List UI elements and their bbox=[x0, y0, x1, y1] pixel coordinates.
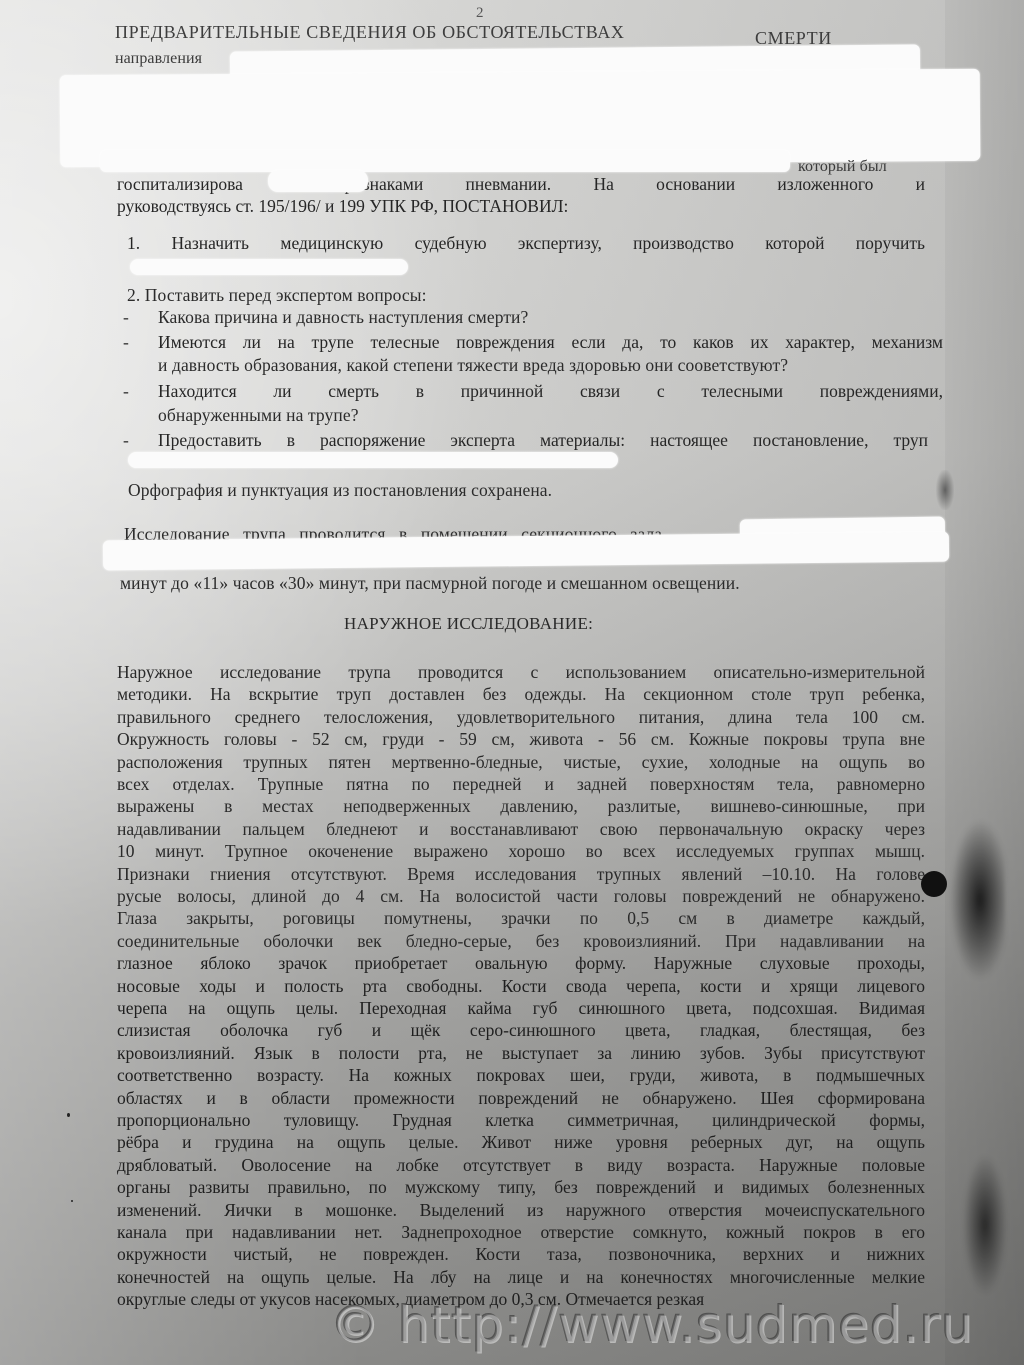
question-3-cont: обнаруженными на трупе? bbox=[158, 405, 359, 426]
direction-label: направления bbox=[115, 48, 202, 69]
exam-text-line: соответственно возрасту. На кожных покро… bbox=[117, 1065, 925, 1086]
question-2-cont: и давность образования, какой степени тя… bbox=[158, 355, 788, 376]
exam-text-line: кровоизлияний. Язык в полости рта, не вы… bbox=[117, 1043, 925, 1064]
exam-text-line: 10 минут. Трупное окоченение выражено хо… bbox=[117, 841, 925, 862]
exam-text-line: Наружное исследование трупа проводится с… bbox=[117, 662, 925, 683]
ink-smear bbox=[960, 1150, 1010, 1300]
exam-text-line: органы развиты правильно, по мужскому ти… bbox=[117, 1177, 925, 1198]
ink-speck bbox=[67, 1113, 70, 1117]
exam-text-line: канала при надавливании нет. Заднепроход… bbox=[117, 1222, 925, 1243]
examination-time: минут до «11» часов «30» минут, при пасм… bbox=[120, 573, 740, 594]
resolution-line: госпитализирова с признаками пневмании. … bbox=[117, 174, 925, 195]
exam-text-line: Признаки гниения отсутствуют. Время иссл… bbox=[117, 864, 925, 885]
resolution-line: руководствуясь ст. 195/196/ и 199 УПК РФ… bbox=[117, 196, 925, 217]
exam-text-line: рёбра и грудина на ощупь целые. Живот ни… bbox=[117, 1132, 925, 1153]
exam-text-line: методики. На вскрытие труп доставлен без… bbox=[117, 684, 925, 705]
exam-text-line: изменений. Яички в мошонке. Выделений из… bbox=[117, 1200, 925, 1221]
resolution-item-2: 2. Поставить перед экспертом вопросы: bbox=[127, 285, 427, 306]
exam-text-line: черепа на ощупь целы. Переходная кайма г… bbox=[117, 998, 925, 1019]
exam-text-line: дрябловатый. Оволосение на лобке отсутст… bbox=[117, 1155, 925, 1176]
question-3: Находится ли смерть в причинной связи с … bbox=[158, 381, 943, 402]
bullet-dash: - bbox=[123, 430, 129, 451]
exam-text-line: окружности чистый, не поврежден. Кости т… bbox=[117, 1244, 925, 1265]
exam-text-line: всех отделах. Трупные пятна по передней … bbox=[117, 774, 925, 795]
exam-text-line: конечностей на ощупь целые. На лбу на ли… bbox=[117, 1267, 925, 1288]
header-title: ПРЕДВАРИТЕЛЬНЫЕ СВЕДЕНИЯ ОБ ОБСТОЯТЕЛЬСТ… bbox=[115, 22, 624, 43]
clip-mark bbox=[936, 470, 954, 510]
redaction-block bbox=[130, 259, 408, 275]
exam-text-line: надавливании пальцем бледнеют и восстана… bbox=[117, 819, 925, 840]
bullet-dash: - bbox=[123, 307, 129, 328]
resolution-item-1: 1. Назначить медицинскую судебную экспер… bbox=[127, 233, 925, 254]
document-photo: 2 ПРЕДВАРИТЕЛЬНЫЕ СВЕДЕНИЯ ОБ ОБСТОЯТЕЛЬ… bbox=[0, 0, 1024, 1365]
exam-text-line: глазное яблоко зрачок приобретает овальн… bbox=[117, 953, 925, 974]
redaction-block bbox=[268, 170, 368, 192]
question-2: Имеются ли на трупе телесные повреждения… bbox=[158, 332, 943, 353]
ink-smear bbox=[945, 820, 1005, 980]
exam-text-line: Окружность головы - 52 см, груди - 59 см… bbox=[117, 729, 925, 750]
exam-text-line: Глаза закрыты, роговицы помутнены, зрачк… bbox=[117, 908, 925, 929]
exam-text-line: правильного среднего телосложения, удовл… bbox=[117, 707, 925, 728]
exam-text-line: русые волосы, длиной до 4 см. На волосис… bbox=[117, 886, 925, 907]
exam-text-line: носовые ходы и полость рта свободны. Кос… bbox=[117, 976, 925, 997]
exam-text-line: выражены в местах неподверженных давлени… bbox=[117, 796, 925, 817]
exam-text-line: областях и в области промежности поврежд… bbox=[117, 1088, 925, 1109]
watermark: © http://www.sudmed.ru bbox=[330, 1296, 974, 1354]
redaction-block bbox=[100, 150, 790, 172]
ink-speck bbox=[71, 1200, 73, 1202]
hole-punch-mark bbox=[921, 871, 947, 897]
exam-text-line: соединительные оболочки век бледно-серые… bbox=[117, 931, 925, 952]
section-heading: НАРУЖНОЕ ИССЛЕДОВАНИЕ: bbox=[344, 613, 593, 634]
exam-text-line: пропорционально туловищу. Грудная клетка… bbox=[117, 1110, 925, 1131]
orthography-note: Орфография и пунктуация из постановления… bbox=[128, 480, 552, 501]
redaction-block bbox=[128, 452, 618, 468]
question-1: Какова причина и давность наступления см… bbox=[158, 307, 528, 328]
exam-text-line: слизистая оболочка губ и щёк серо-синюшн… bbox=[117, 1020, 925, 1041]
question-4: Предоставить в распоряжение эксперта мат… bbox=[158, 430, 928, 451]
exam-text-line: расположения трупных пятен мертвенно-бле… bbox=[117, 752, 925, 773]
bullet-dash: - bbox=[123, 332, 129, 353]
page-number: 2 bbox=[476, 3, 484, 24]
bullet-dash: - bbox=[123, 381, 129, 402]
